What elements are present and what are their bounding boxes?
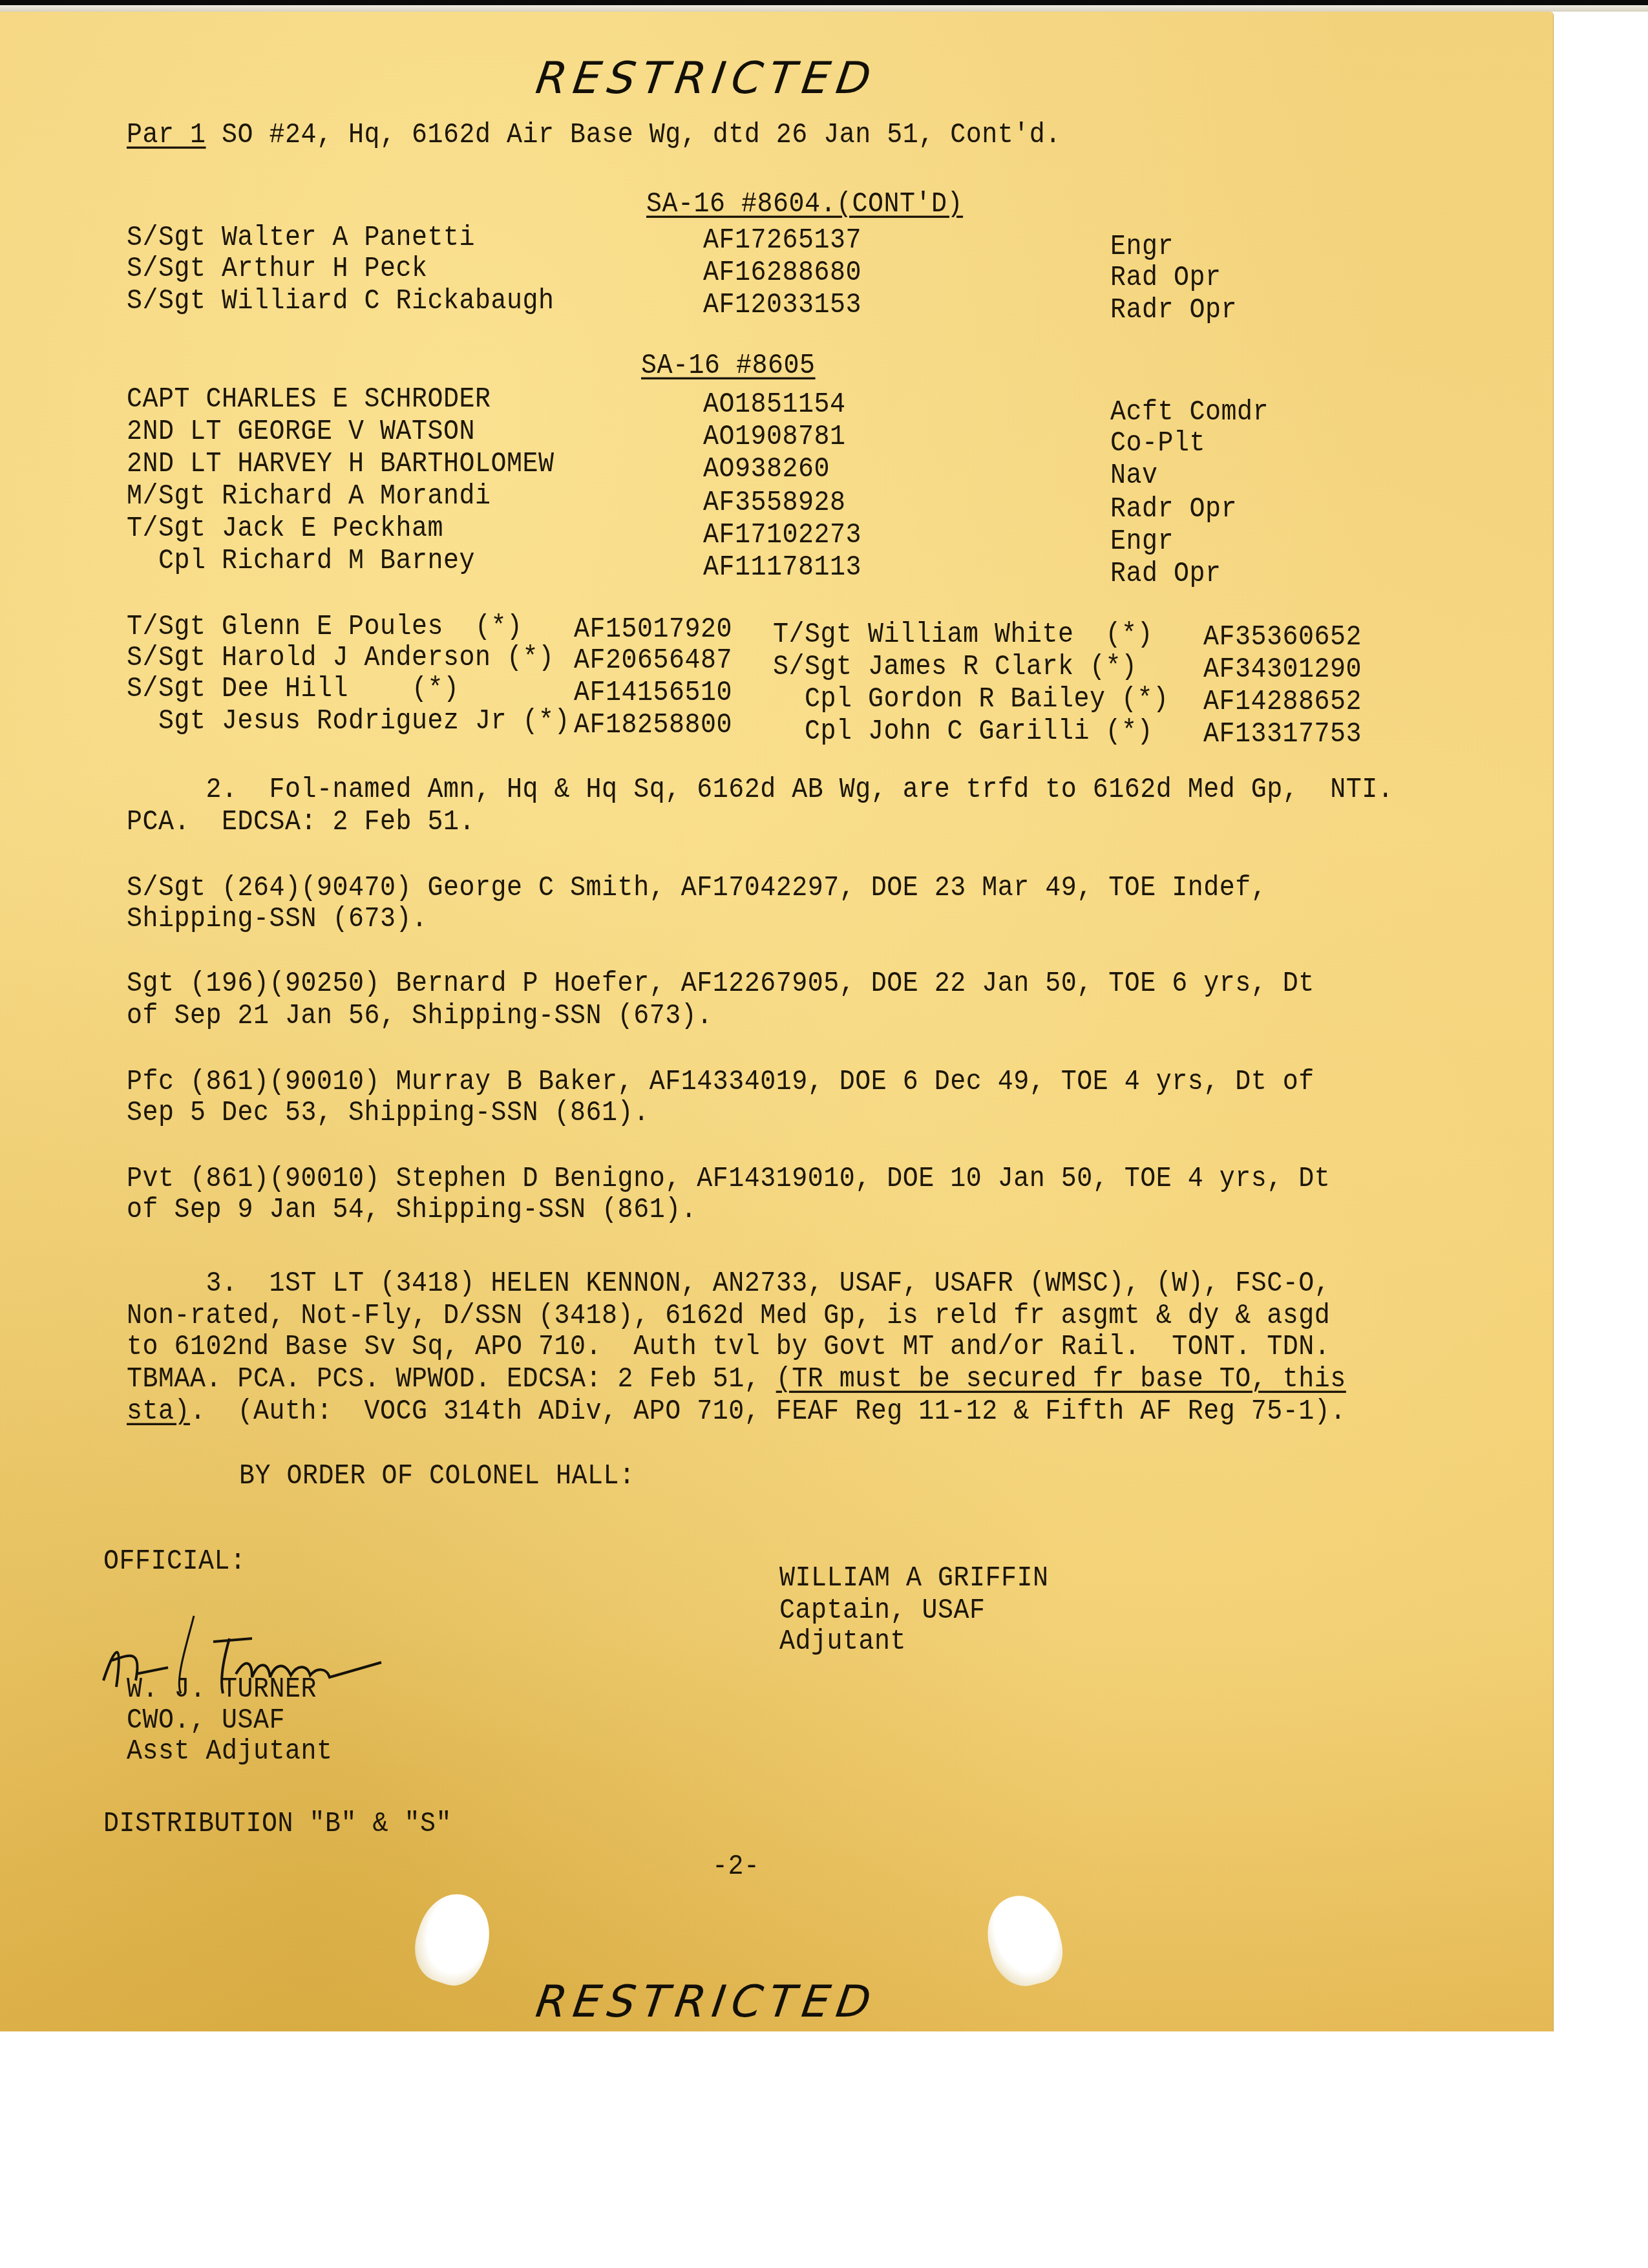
transfer-entry-line1: S/Sgt (264)(90470) George C Smith, AF170… — [127, 871, 1267, 906]
starred-name: Cpl John C Garilli (*) — [773, 715, 1153, 750]
distribution: DISTRIBUTION "B" & "S" — [103, 1807, 452, 1842]
transfer-entry-line2: of Sep 21 Jan 56, Shipping-SSN (673). — [127, 999, 713, 1034]
member-name: S/Sgt Walter A Panetti — [127, 221, 475, 256]
transfer-entry-line1: Sgt (196)(90250) Bernard P Hoefer, AF122… — [127, 967, 1315, 1002]
signer-left-rank: CWO., USAF — [127, 1704, 285, 1739]
member-name: S/Sgt Williard C Rickabaugh — [127, 284, 555, 319]
official-label: OFFICIAL: — [103, 1545, 246, 1580]
member-serial: AO938260 — [703, 452, 830, 487]
para3-line: 3. 1ST LT (3418) HELEN KENNON, AN2733, U… — [127, 1267, 1330, 1302]
member-name: S/Sgt Arthur H Peck — [127, 252, 428, 287]
member-serial: AO1908781 — [703, 420, 846, 455]
member-duty: Nav — [1110, 459, 1158, 494]
para3-line: TBMAA. PCA. PCS. WPWOD. EDCSA: 2 Feb 51,… — [127, 1362, 1346, 1397]
transfer-entry-line2: Shipping-SSN (673). — [127, 902, 428, 937]
transfer-entry-line1: Pvt (861)(90010) Stephen D Benigno, AF14… — [127, 1162, 1330, 1197]
transfer-entry-line1: Pfc (861)(90010) Murray B Baker, AF14334… — [127, 1065, 1315, 1100]
restricted-stamp-bottom: RESTRICTED — [533, 1977, 880, 2028]
starred-name: T/Sgt William White (*) — [773, 618, 1153, 653]
starred-name: S/Sgt Dee Hill (*) — [127, 672, 460, 707]
member-duty: Rad Opr — [1110, 261, 1221, 296]
order-header-text: SO #24, Hq, 6162d Air Base Wg, dtd 26 Ja… — [206, 119, 1061, 151]
starred-name: Cpl Gordon R Bailey (*) — [773, 683, 1169, 717]
member-duty: Rad Opr — [1110, 557, 1221, 592]
signer-right-rank: Captain, USAF — [779, 1594, 986, 1629]
member-serial: AF17102273 — [703, 518, 861, 553]
order-authority: BY ORDER OF COLONEL HALL: — [239, 1459, 635, 1494]
para3-line: to 6102nd Base Sv Sq, APO 710. Auth tvl … — [127, 1330, 1330, 1365]
para2-line1: 2. Fol-named Amn, Hq & Hq Sq, 6162d AB W… — [127, 773, 1393, 808]
starred-serial: AF20656487 — [574, 644, 732, 679]
member-duty: Radr Opr — [1110, 293, 1237, 328]
member-duty: Co-Plt — [1110, 427, 1205, 461]
para3-line: sta). (Auth: VOCG 314th ADiv, APO 710, F… — [127, 1395, 1346, 1430]
member-duty: Engr — [1110, 525, 1174, 560]
signer-left-title: Asst Adjutant — [127, 1735, 333, 1770]
signer-right-title: Adjutant — [779, 1625, 906, 1660]
signer-right-name: WILLIAM A GRIFFIN — [779, 1562, 1049, 1596]
member-name: 2ND LT HARVEY H BARTHOLOMEW — [127, 447, 555, 482]
member-serial: AF11178113 — [703, 551, 861, 586]
starred-name: S/Sgt Harold J Anderson (*) — [127, 641, 555, 676]
member-name: T/Sgt Jack E Peckham — [127, 512, 443, 547]
starred-name: Sgt Jesus Rodriguez Jr (*) — [127, 705, 570, 739]
page-number: -2- — [712, 1850, 760, 1885]
paragraph-ref: Par 1 — [127, 119, 206, 151]
member-serial: AF12033153 — [703, 288, 861, 323]
para3-authority: . (Auth: VOCG 314th ADiv, APO 710, FEAF … — [190, 1395, 1346, 1428]
order-header: Par 1 SO #24, Hq, 6162d Air Base Wg, dtd… — [127, 118, 1061, 153]
signer-left-name: W. J. TURNER — [127, 1673, 317, 1708]
para3-line-text: TBMAA. PCA. PCS. WPWOD. EDCSA: 2 Feb 51, — [127, 1363, 776, 1395]
para2-line2: PCA. EDCSA: 2 Feb 51. — [127, 805, 475, 840]
starred-serial: AF14288652 — [1203, 685, 1362, 720]
para3-underlined-note: (TR must be secured fr base TO, this — [776, 1363, 1346, 1395]
member-duty: Engr — [1110, 230, 1174, 265]
crew-heading-8604: SA-16 #8604.(CONT'D) — [646, 187, 963, 222]
member-name: M/Sgt Richard A Morandi — [127, 480, 491, 514]
starred-name: S/Sgt James R Clark (*) — [773, 650, 1137, 685]
member-serial: AF3558928 — [703, 486, 846, 521]
para3-line: Non-rated, Not-Fly, D/SSN (3418), 6162d … — [127, 1299, 1330, 1334]
member-name: 2ND LT GEORGE V WATSON — [127, 415, 475, 450]
crew-heading-8605: SA-16 #8605 — [641, 349, 816, 384]
starred-serial: AF15017920 — [574, 613, 732, 648]
transfer-entry-line2: Sep 5 Dec 53, Shipping-SSN (861). — [127, 1096, 650, 1131]
starred-serial: AF35360652 — [1203, 620, 1362, 655]
member-serial: AF17265137 — [703, 224, 861, 259]
scan-top-edge — [0, 5, 1648, 12]
starred-name: T/Sgt Glenn E Poules (*) — [127, 610, 523, 645]
scan-top-border — [0, 0, 1648, 5]
para3-underlined-note-end: sta) — [127, 1395, 190, 1428]
member-name: CAPT CHARLES E SCHRODER — [127, 383, 491, 418]
starred-serial: AF18258800 — [574, 708, 732, 743]
member-serial: AO1851154 — [703, 388, 846, 423]
transfer-entry-line2: of Sep 9 Jan 54, Shipping-SSN (861). — [127, 1193, 697, 1228]
starred-serial: AF14156510 — [574, 676, 732, 711]
member-duty: Radr Opr — [1110, 493, 1237, 527]
member-duty: Acft Comdr — [1110, 396, 1269, 430]
restricted-stamp-top: RESTRICTED — [533, 53, 880, 104]
starred-serial: AF13317753 — [1203, 717, 1362, 752]
member-name: Cpl Richard M Barney — [127, 544, 475, 579]
starred-serial: AF34301290 — [1203, 653, 1362, 688]
member-serial: AF16288680 — [703, 256, 861, 291]
